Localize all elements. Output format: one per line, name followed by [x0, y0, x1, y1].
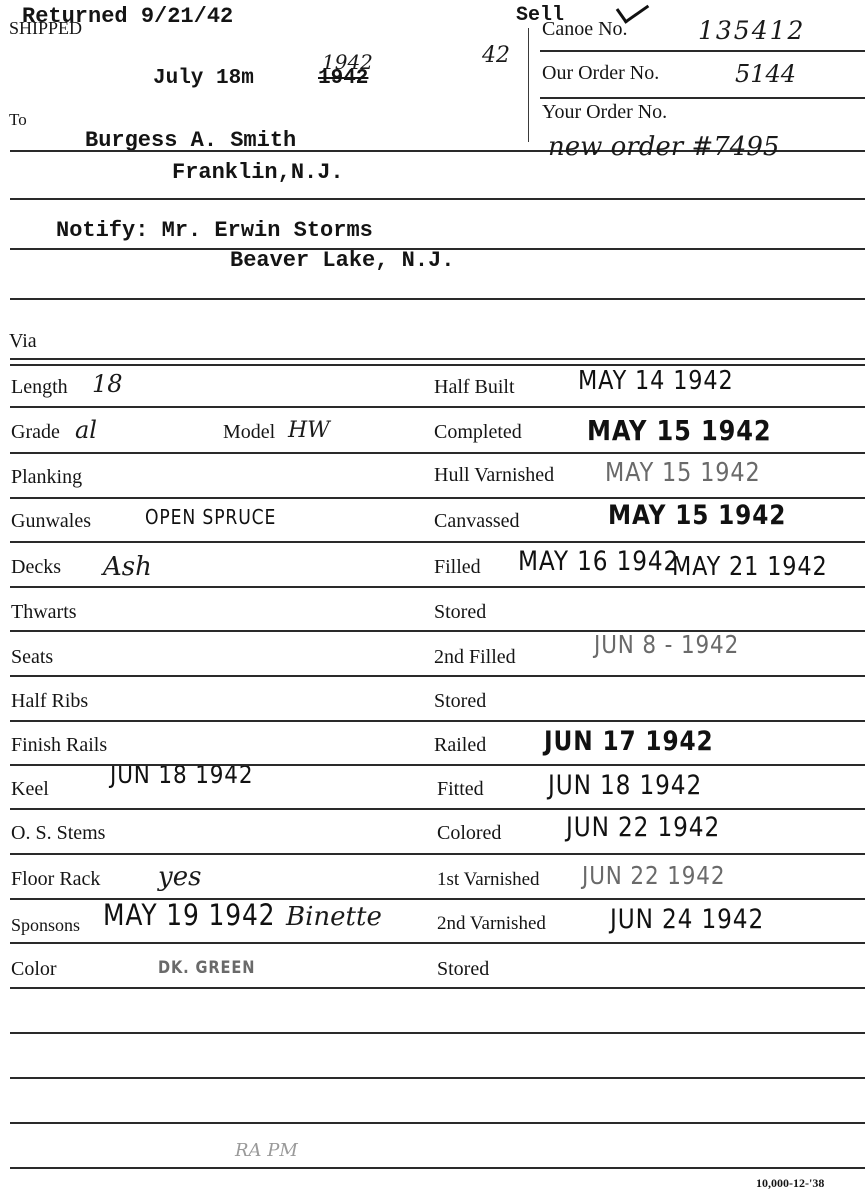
rule-row-3 [10, 497, 865, 499]
label-1st-varnished: 1st Varnished [437, 869, 540, 891]
our-order-value: 5144 [735, 60, 796, 88]
label-seats: Seats [11, 646, 53, 669]
rule-row-4 [10, 541, 865, 543]
value-colored: JUN 22 1942 [566, 812, 720, 843]
rule-row-6 [10, 630, 865, 632]
label-stored-2: Stored [434, 690, 486, 713]
rule-our-order [540, 97, 865, 99]
rule-row-9 [10, 764, 865, 766]
to-label: To [9, 110, 27, 130]
rule-blank-4 [10, 1167, 865, 1169]
recipient-address: Franklin,N.J. [172, 160, 344, 185]
value-decks: Ash [103, 552, 152, 582]
rule-via-1 [10, 358, 865, 360]
value-hull-varnished: MAY 15 1942 [605, 458, 761, 488]
value-length: 18 [92, 370, 123, 398]
label-stored-1: Stored [434, 601, 486, 624]
label-sponsons: Sponsons [11, 915, 80, 936]
canoe-no-value: 135412 [698, 16, 805, 45]
rule-row-8 [10, 720, 865, 722]
rule-blank-3 [10, 1122, 865, 1124]
rule-canoe-no [540, 50, 865, 52]
label-floor-rack: Floor Rack [11, 868, 100, 891]
canoe-build-record-card: Returned 9/21/42 SHIPPED July 18m 1942 1… [0, 0, 865, 1200]
shipped-date: July 18m [153, 67, 254, 90]
value-railed: JUN 17 1942 [544, 726, 714, 757]
label-color: Color [11, 958, 57, 981]
rule-row-2 [10, 452, 865, 454]
rule-row-13 [10, 942, 865, 944]
label-finish-rails: Finish Rails [11, 734, 107, 757]
label-planking: Planking [11, 466, 82, 489]
rule-row-14 [10, 987, 865, 989]
label-hull-varnished: Hull Varnished [434, 464, 554, 487]
margin-note: 42 [482, 43, 510, 68]
label-gunwales: Gunwales [11, 510, 91, 533]
your-order-label: Your Order No. [542, 101, 667, 124]
value-1st-varnished: JUN 22 1942 [582, 861, 725, 890]
value-model: HW [288, 418, 330, 443]
label-half-ribs: Half Ribs [11, 690, 88, 713]
print-code: 10,000-12-'38 [756, 1176, 824, 1191]
label-stored-3: Stored [437, 958, 489, 981]
value-completed: MAY 15 1942 [587, 414, 771, 447]
label-thwarts: Thwarts [11, 601, 77, 624]
rule-row-7 [10, 675, 865, 677]
your-order-value: new order #7495 [548, 132, 779, 162]
label-2nd-varnished: 2nd Varnished [437, 913, 546, 935]
notify-address: Beaver Lake, N.J. [230, 248, 454, 273]
value-2nd-varnished: JUN 24 1942 [610, 904, 764, 935]
value-fitted: JUN 18 1942 [548, 770, 702, 801]
value-sponsons: MAY 19 1942 [103, 898, 275, 932]
value-half-built: MAY 14 1942 [578, 366, 734, 396]
label-filled: Filled [434, 556, 481, 579]
value-grade: al [75, 416, 97, 444]
label-keel: Keel [11, 778, 49, 801]
rule-row-1 [10, 406, 865, 408]
rule-row-5 [10, 586, 865, 588]
rule-notify-address [10, 298, 865, 300]
value-color: DK. GREEN [158, 958, 255, 978]
value-filled: MAY 16 1942 [518, 546, 679, 577]
label-2nd-filled: 2nd Filled [434, 646, 516, 669]
rule-row-10 [10, 808, 865, 810]
rule-blank-2 [10, 1077, 865, 1079]
via-label: Via [9, 330, 37, 353]
label-model: Model [223, 421, 275, 444]
label-half-built: Half Built [434, 376, 515, 399]
label-decks: Decks [11, 556, 61, 579]
order-box-divider [528, 28, 529, 142]
value-gunwales: OPEN SPRUCE [145, 505, 276, 529]
shipped-year-handwritten: 1942 [322, 50, 373, 74]
label-length: Length [11, 376, 68, 399]
label-fitted: Fitted [437, 778, 484, 801]
rule-row-12 [10, 898, 865, 900]
rule-via-2 [10, 364, 865, 366]
label-os-stems: O. S. Stems [11, 822, 105, 845]
shipped-label: SHIPPED [9, 18, 82, 39]
value-2nd-filled: JUN 8 - 1942 [594, 630, 739, 659]
value-canvassed: MAY 15 1942 [608, 500, 786, 531]
canoe-no-label: Canoe No. [542, 18, 628, 41]
label-colored: Colored [437, 822, 501, 845]
label-grade: Grade [11, 421, 60, 444]
notify-line: Notify: Mr. Erwin Storms [56, 218, 373, 243]
signature-sponsons: Binette [286, 902, 382, 932]
label-completed: Completed [434, 421, 522, 444]
value-filled-second: MAY 21 1942 [672, 552, 828, 582]
value-floor-rack: yes [158, 862, 201, 892]
our-order-label: Our Order No. [542, 62, 659, 85]
label-railed: Railed [434, 734, 486, 757]
rule-address [10, 198, 865, 200]
faint-note: RA PM [235, 1140, 298, 1161]
rule-blank-1 [10, 1032, 865, 1034]
label-canvassed: Canvassed [434, 510, 520, 533]
rule-row-11 [10, 853, 865, 855]
